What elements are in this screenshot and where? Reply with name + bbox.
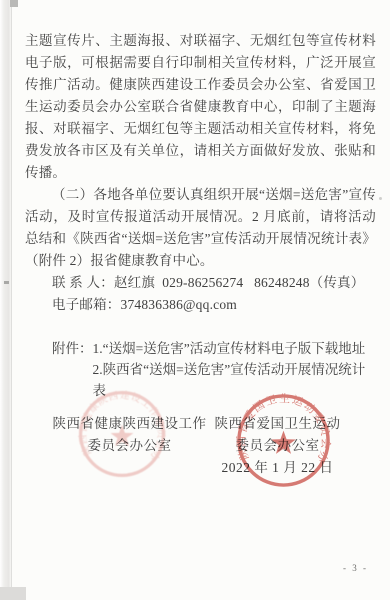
attachments-list: 1.“送烟=送危害”活动宣传材料电子版下载地址 2.陕西省“送烟=送危害”宣传活… [93,338,377,401]
attachments-block: 附件： 1.“送烟=送危害”活动宣传材料电子版下载地址 2.陕西省“送烟=送危害… [25,338,376,401]
attachment-item-2: 2.陕西省“送烟=送危害”宣传活动开展情况统计表 [93,359,377,401]
email-line: 电子邮箱：374836386@qq.com [25,294,376,316]
scan-artifact [0,587,26,600]
document-body: 主题宣传片、主题海报、对联福字、无烟红包等宣传材料电子版，可根据需要自行印制相关… [0,0,390,401]
attachment-item-1: 1.“送烟=送危害”活动宣传材料电子版下载地址 [93,338,377,359]
signature-left-line1: 陕西省健康陕西建设工作 [52,413,207,435]
contact-line: 联 系 人：赵红旗 029-86256274 86248248（传真） [25,272,376,294]
signature-right: 陕西省爱国卫生运动 委员会办公室 2022 年 1 月 22 日 [210,413,345,479]
paragraph-continuation: 主题宣传片、主题海报、对联福字、无烟红包等宣传材料电子版，可根据需要自行印制相关… [25,30,376,184]
signature-left-line2: 委员会办公室 [52,435,207,457]
signature-right-line2: 委员会办公室 [210,435,345,457]
signature-date: 2022 年 1 月 22 日 [210,457,345,479]
document-page: 主题宣传片、主题海报、对联福字、无烟红包等宣传材料电子版，可根据需要自行印制相关… [0,0,390,600]
paragraph-item-2: （二）各地各单位要认真组织开展“送烟=送危害”宣传活动，及时宣传报道活动开展情况… [25,184,376,272]
page-number: - 3 - [343,563,368,573]
signature-left: 陕西省健康陕西建设工作 委员会办公室 [52,413,207,457]
attachments-label: 附件： [52,338,93,401]
signature-right-line1: 陕西省爱国卫生运动 [210,413,345,435]
